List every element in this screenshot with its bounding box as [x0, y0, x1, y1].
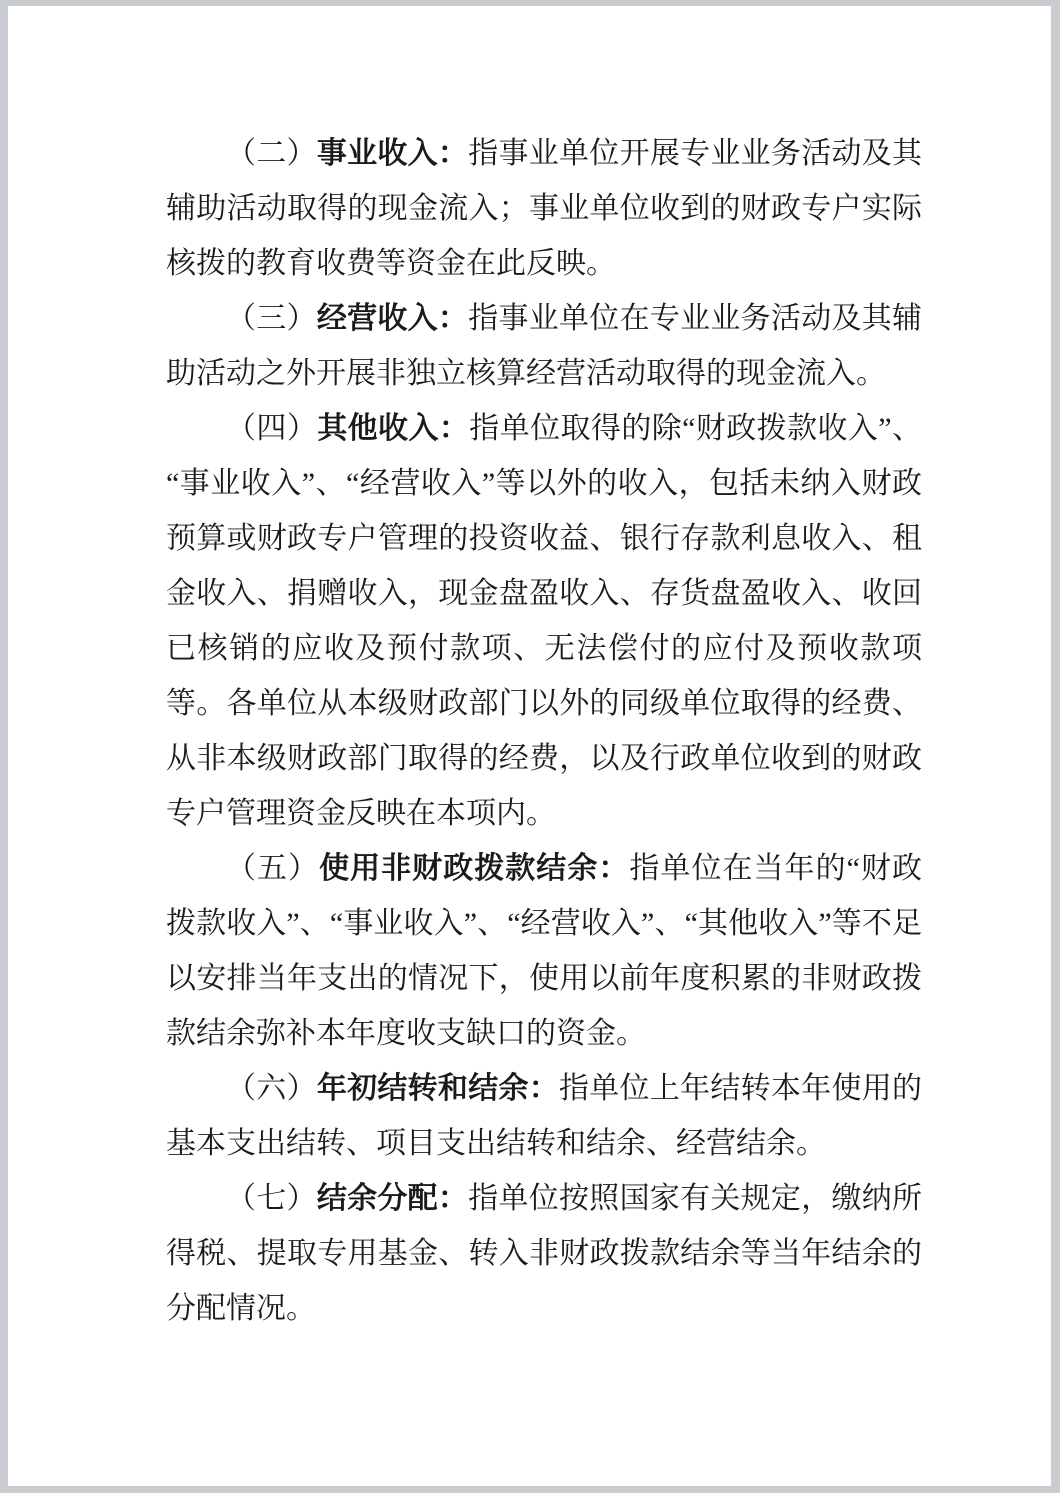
paragraph-term: 经营收入： [317, 302, 468, 335]
paragraph-body: 指单位取得的除“财政拨款收入”、“事业收入”、“经营收入”等以外的收入，包括未纳… [166, 412, 922, 830]
paragraph-item-4: （四）其他收入：指单位取得的除“财政拨款收入”、“事业收入”、“经营收入”等以外… [166, 401, 922, 841]
paragraph-term: 事业收入： [317, 137, 468, 170]
document-page: （二）事业收入：指事业单位开展专业业务活动及其辅助活动取得的现金流入；事业单位收… [8, 6, 1051, 1486]
paragraph-number: （五） [226, 852, 319, 885]
paragraph-number: （四） [226, 412, 317, 445]
paragraph-term: 结余分配： [317, 1182, 468, 1215]
paragraph-number: （二） [226, 137, 317, 170]
paragraph-term: 使用非财政拨款结余： [319, 852, 629, 885]
document-text-block: （二）事业收入：指事业单位开展专业业务活动及其辅助活动取得的现金流入；事业单位收… [166, 126, 922, 1336]
paragraph-term: 其他收入： [317, 412, 469, 445]
paragraph-number: （三） [226, 302, 317, 335]
paragraph-item-2: （二）事业收入：指事业单位开展专业业务活动及其辅助活动取得的现金流入；事业单位收… [166, 126, 922, 291]
paragraph-item-5: （五）使用非财政拨款结余：指单位在当年的“财政拨款收入”、“事业收入”、“经营收… [166, 841, 922, 1061]
paragraph-number: （六） [226, 1072, 317, 1105]
paragraph-term: 年初结转和结余： [317, 1072, 559, 1105]
paragraph-item-7: （七）结余分配：指单位按照国家有关规定，缴纳所得税、提取专用基金、转入非财政拨款… [166, 1171, 922, 1336]
document-viewer: { "page": { "background_color": "#c8cbcf… [0, 0, 1060, 1493]
paragraph-item-3: （三）经营收入：指事业单位在专业业务活动及其辅助活动之外开展非独立核算经营活动取… [166, 291, 922, 401]
paragraph-item-6: （六）年初结转和结余：指单位上年结转本年使用的基本支出结转、项目支出结转和结余、… [166, 1061, 922, 1171]
paragraph-number: （七） [226, 1182, 317, 1215]
